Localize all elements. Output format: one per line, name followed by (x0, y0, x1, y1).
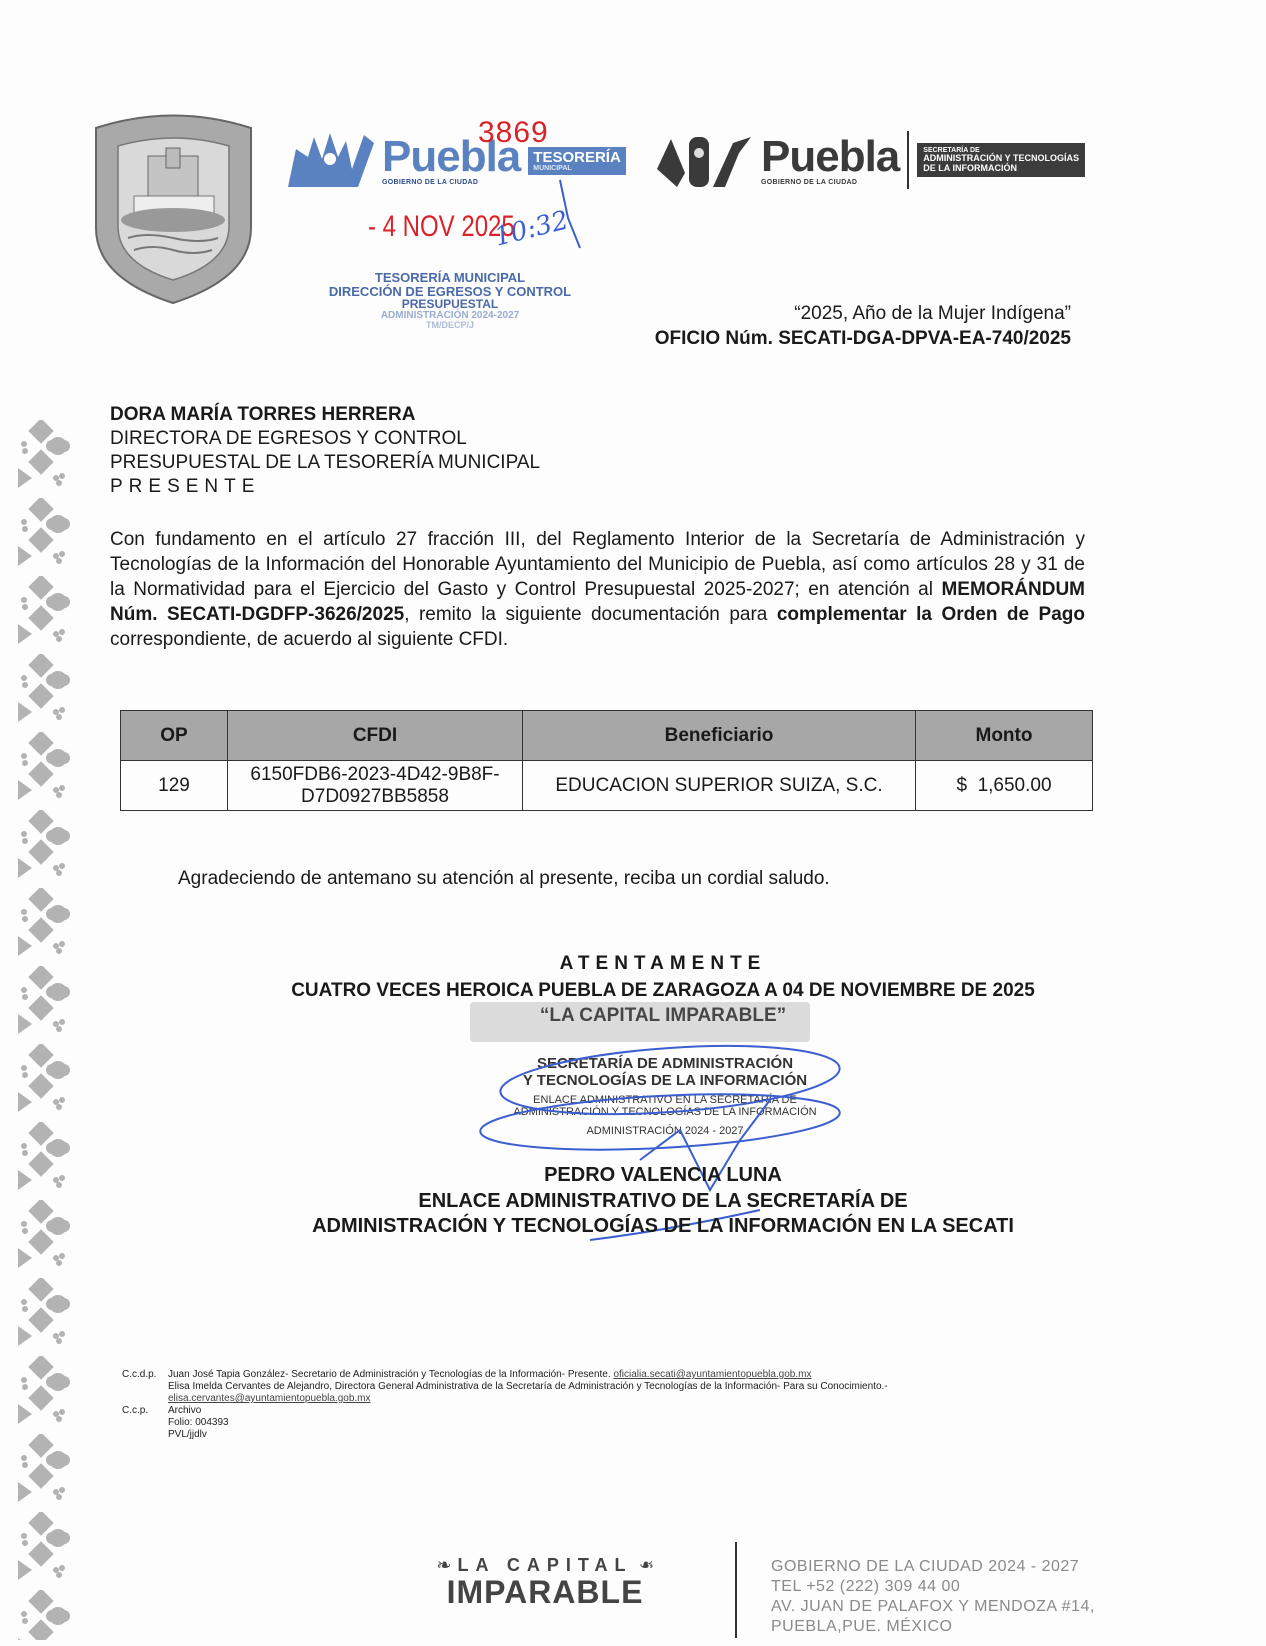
tesoreria-gov-label: GOBIERNO DE LA CIUDAD (382, 179, 520, 186)
side-ornament-pattern (18, 420, 78, 1640)
tesoreria-reception-stamp: TESORERÍA MUNICIPAL DIRECCIÓN DE EGRESOS… (300, 271, 600, 331)
cc-row: elisa.cervantes@ayuntamientopuebla.gob.m… (122, 1393, 888, 1405)
wing-left-icon: ❧ (436, 1555, 451, 1576)
tesoreria-unit-box: TESORERÍA MUNICIPAL (528, 147, 626, 175)
signer-name: PEDRO VALENCIA LUNA (30, 1164, 1266, 1187)
secati-brand: Puebla (761, 135, 899, 179)
closing-line: Agradeciendo de antemano su atención al … (178, 868, 830, 890)
secati-line3: DE LA INFORMACIÓN (923, 164, 1079, 173)
city-coat-of-arms (86, 108, 261, 308)
cc-row: PVL/jjdlv (122, 1429, 888, 1441)
body-text: Con fundamento en el artículo 27 fracció… (110, 529, 1085, 600)
ccdp-recipient-2: Elisa Imelda Cervantes de Alejandro, Dir… (168, 1381, 888, 1393)
table-header-row: OP CFDI Beneficiario Monto (121, 711, 1093, 761)
city-skyline-icon (286, 129, 376, 191)
secati-logo: Puebla GOBIERNO DE LA CIUDAD SECRETARÍA … (655, 125, 1135, 195)
oficio-number: OFICIO Núm. SECATI-DGA-DPVA-EA-740/2025 (655, 328, 1071, 350)
footer-logo-top: LA CAPITAL (458, 1555, 633, 1576)
stamp-line: PRESUPUESTAL (300, 298, 600, 311)
table-row: 129 6150FDB6-2023-4D42-9B8F-D7D0927BB585… (121, 761, 1093, 811)
carbon-copy-block: C.c.d.p. Juan José Tapia González- Secre… (122, 1369, 888, 1441)
body-paragraph: Con fundamento en el artículo 27 fracció… (110, 527, 1085, 652)
cfdi-line2: D7D0927BB5858 (229, 786, 521, 808)
footer-contact-info: GOBIERNO DE LA CIUDAD 2024 - 2027 TEL +5… (771, 1557, 1095, 1637)
tesoreria-unit: TESORERÍA (533, 150, 621, 165)
footer-line: GOBIERNO DE LA CIUDAD 2024 - 2027 (771, 1557, 1095, 1577)
ccdp-label: C.c.d.p. (122, 1369, 168, 1381)
place-date: CUATRO VECES HEROICA PUEBLA DE ZARAGOZA … (30, 980, 1266, 1002)
ccdp-email-1[interactable]: oficialia.secati@ayuntamientopuebla.gob.… (613, 1369, 811, 1380)
header-beneficiario: Beneficiario (523, 711, 916, 761)
tesoreria-unit-sub: MUNICIPAL (533, 165, 621, 172)
body-text: correspondiente, de acuerdo al siguiente… (110, 629, 508, 650)
cell-cfdi: 6150FDB6-2023-4D42-9B8F-D7D0927BB5858 (228, 761, 523, 811)
cc-row: Folio: 004393 (122, 1417, 888, 1429)
addressee-title-line1: DIRECTORA DE EGRESOS Y CONTROL (110, 427, 540, 451)
addressee-greeting: PRESENTE (110, 475, 540, 499)
body-text: , remito la siguiente documentación para (404, 604, 777, 625)
signer-title-line2: ADMINISTRACIÓN Y TECNOLOGÍAS DE LA INFOR… (30, 1215, 1266, 1238)
header-op: OP (121, 711, 228, 761)
initials: PVL/jjdlv (168, 1429, 207, 1441)
footer-line: AV. JUAN DE PALAFOX Y MENDOZA #14, (771, 1597, 1095, 1617)
year-motto: “2025, Año de la Mujer Indígena” (794, 303, 1071, 325)
addressee-block: DORA MARÍA TORRES HERRERA DIRECTORA DE E… (110, 403, 540, 499)
footer-line: PUEBLA,PUE. MÉXICO (771, 1617, 1095, 1637)
logo-divider (907, 131, 909, 189)
cc-row: Elisa Imelda Cervantes de Alejandro, Dir… (122, 1381, 888, 1393)
secati-unit-box: SECRETARÍA DE ADMINISTRACIÓN Y TECNOLOGÍ… (917, 143, 1085, 177)
cc-row: C.c.p. Archivo (122, 1405, 888, 1417)
stamp-line: DIRECCIÓN DE EGRESOS Y CONTROL (300, 285, 600, 299)
ccp-recipient: Archivo (168, 1405, 201, 1417)
footer-logo: ❧ LA CAPITAL ❧ IMPARABLE (395, 1555, 695, 1608)
cfdi-line1: 6150FDB6-2023-4D42-9B8F- (229, 764, 521, 786)
handwritten-stroke (556, 178, 586, 258)
cfdi-table: OP CFDI Beneficiario Monto 129 6150FDB6-… (120, 710, 1093, 811)
ccp-label: C.c.p. (122, 1405, 168, 1417)
body-emphasis: complementar la Orden de Pago (777, 604, 1085, 625)
wing-right-icon: ❧ (639, 1555, 654, 1576)
cell-op: 129 (121, 761, 228, 811)
addressee-title-line2: PRESUPUESTAL DE LA TESORERÍA MUNICIPAL (110, 451, 540, 475)
faded-logo-stamp (470, 1002, 810, 1042)
footer-divider (735, 1542, 737, 1638)
ccdp-recipient-1: Juan José Tapia González- Secretario de … (168, 1369, 611, 1380)
footer-line: TEL +52 (222) 309 44 00 (771, 1577, 1095, 1597)
addressee-name: DORA MARÍA TORRES HERRERA (110, 403, 540, 427)
cell-beneficiario: EDUCACION SUPERIOR SUIZA, S.C. (523, 761, 916, 811)
secati-gov-label: GOBIERNO DE LA CIUDAD (761, 179, 899, 186)
folio-number: Folio: 004393 (168, 1417, 229, 1429)
header-cfdi: CFDI (228, 711, 523, 761)
footer-logo-bottom: IMPARABLE (395, 1576, 695, 1608)
cc-row: C.c.d.p. Juan José Tapia González- Secre… (122, 1369, 888, 1381)
cell-monto: $ 1,650.00 (916, 761, 1093, 811)
atentamente: ATENTAMENTE (30, 953, 1266, 975)
ccdp-email-2[interactable]: elisa.cervantes@ayuntamientopuebla.gob.m… (168, 1393, 371, 1405)
stamp-line: TM/DECP/J (300, 321, 600, 330)
stamp-line: TESORERÍA MUNICIPAL (300, 271, 600, 285)
received-folio-number: 3869 (478, 116, 549, 150)
city-skyline-icon (655, 129, 755, 191)
header-monto: Monto (916, 711, 1093, 761)
signer-title-line1: ENLACE ADMINISTRATIVO DE LA SECRETARÍA D… (30, 1190, 1266, 1213)
